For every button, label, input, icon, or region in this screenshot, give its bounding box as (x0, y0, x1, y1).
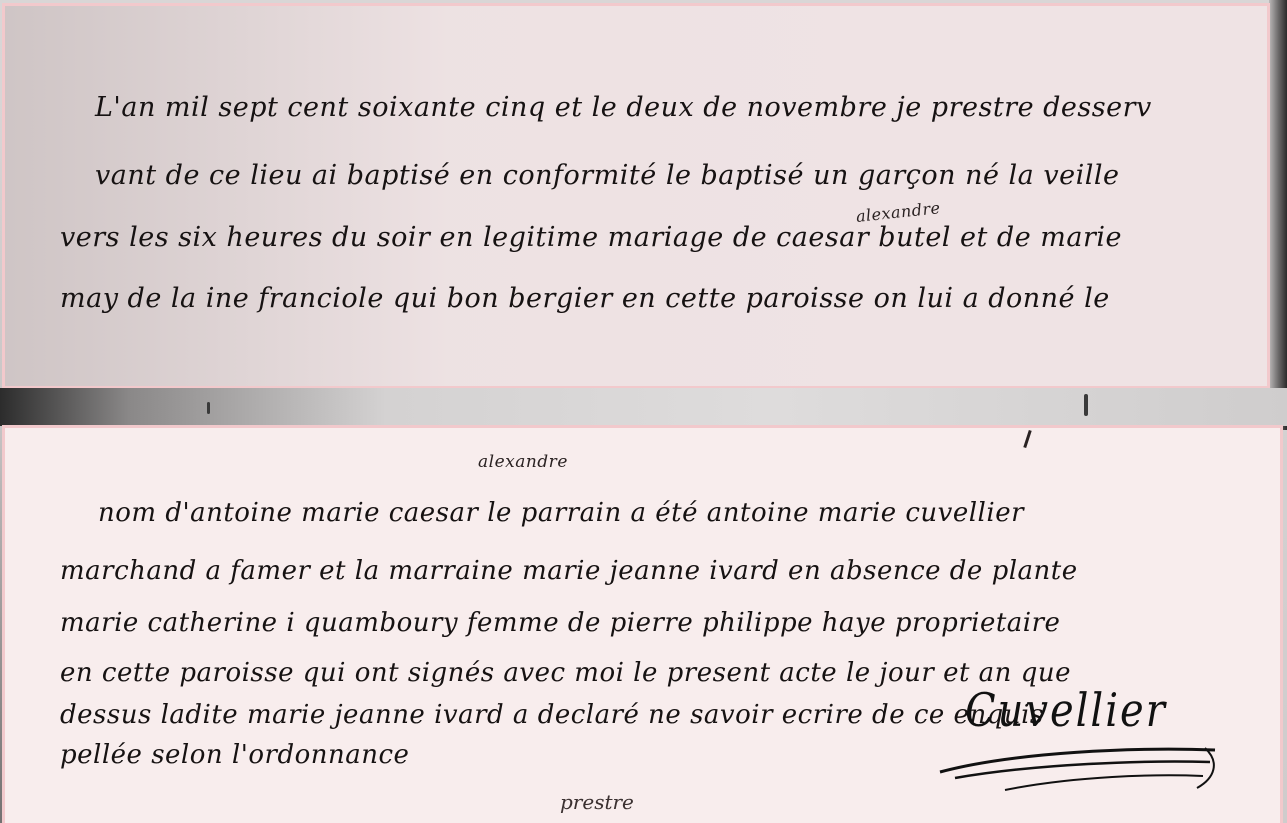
ink-blot (1084, 394, 1088, 416)
highlight-region-top[interactable] (2, 3, 1270, 389)
signature-flourish-icon (935, 742, 1225, 802)
scanned-register-page: L'an mil sept cent soixante cinq et le d… (0, 0, 1287, 823)
manuscript-line: pellée selon l'ordonnance (60, 740, 409, 770)
page-binding-edge (1269, 0, 1287, 430)
interlinear-insert: alexandre (478, 452, 568, 472)
manuscript-line: vers les six heures du soir en legitime … (60, 222, 1122, 253)
footer-fragment: prestre (560, 790, 634, 814)
ink-blot (207, 402, 210, 414)
manuscript-line: marie catherine i quamboury femme de pie… (60, 608, 1060, 638)
manuscript-line: dessus ladite marie jeanne ivard a decla… (60, 700, 1044, 730)
manuscript-line: nom d'antoine marie caesar le parrain a … (98, 498, 1024, 528)
manuscript-line: vant de ce lieu ai baptisé en conformité… (95, 160, 1119, 191)
signature: Cuvellier (965, 685, 1167, 738)
manuscript-line: L'an mil sept cent soixante cinq et le d… (95, 92, 1152, 123)
manuscript-line: marchand a famer et la marraine marie je… (60, 556, 1078, 586)
manuscript-line: may de la ine franciole qui bon bergier … (60, 283, 1110, 314)
manuscript-line: en cette paroisse qui ont signés avec mo… (60, 658, 1071, 688)
scan-gap-strip (0, 388, 1287, 426)
